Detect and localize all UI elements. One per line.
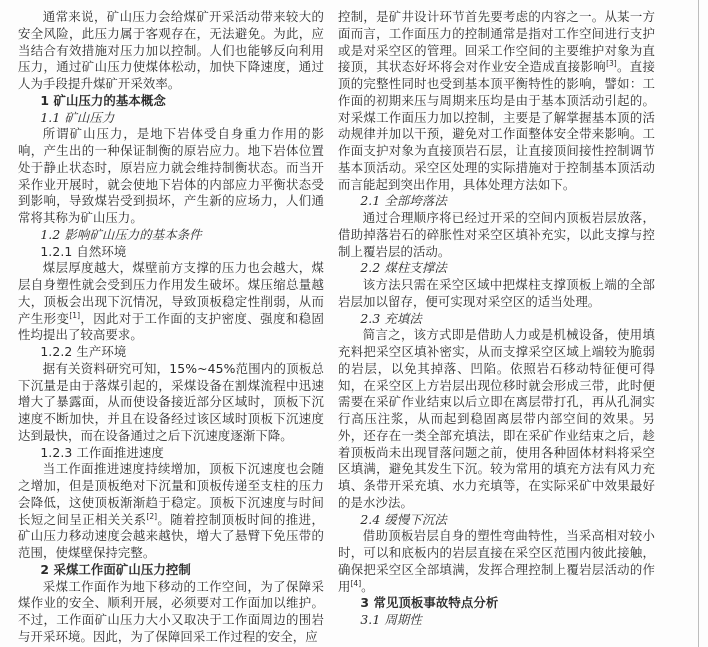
text-run: 采煤工作面作为地下移动的工作空间，为了保障采煤作业的安全、顺利开展，必须要对工作…: [18, 579, 324, 644]
paragraph: 通常来说，矿山压力会给煤矿开采活动带来较大的安全风险，此压力属于客观存在，无法避…: [18, 9, 324, 93]
section-heading: 3 常见顶板事故特点分析: [338, 595, 655, 612]
paragraph: 通过合理顺序将已经过开采的空间内顶板岩层放落，借助掉落岩石的碎胀性对采空区填补充…: [338, 210, 655, 260]
text-run: 3 常见顶板事故特点分析: [360, 595, 498, 610]
citation-reference: [2]: [146, 511, 157, 520]
citation-reference: [3]: [606, 59, 617, 68]
paragraph: 煤层厚度越大，煤壁前方支撑的压力也会越大，煤层自身塑性就会受到压力作用发生破坏。…: [18, 260, 324, 344]
paragraph: 该方法只需在采空区域中把煤柱支撑顶板上端的全部岩层加以留存，便可实现对采空区的适…: [338, 277, 655, 311]
paragraph: 控制，是矿井设计环节首先要考虑的内容之一。从某一方面而言，工作面压力的控制通常是…: [338, 9, 655, 193]
text-run: 该方法只需在采空区域中把煤柱支撑顶板上端的全部岩层加以留存，便可实现对采空区的适…: [338, 277, 655, 309]
text-run: 2.1 全部垮落法: [360, 193, 447, 208]
paragraph: 据有关资料研究可知，15%~45%范围内的顶板总下沉量是由于落煤引起的，采煤设备…: [18, 361, 324, 445]
text-run: 通常来说，矿山压力会给煤矿开采活动带来较大的安全风险，此压力属于客观存在，无法避…: [18, 9, 324, 91]
section-heading: 1 矿山压力的基本概念: [18, 93, 324, 110]
text-run: 通过合理顺序将已经过开采的空间内顶板岩层放落，借助掉落岩石的碎胀性对采空区填补充…: [338, 210, 655, 259]
paragraph: 简言之，该方式即是借助人力或是机械设备，使用填充料把采空区填补密实，从而支撑采空…: [338, 327, 655, 511]
page-edge-line: [698, 0, 699, 647]
text-run: 2.4 缓慢下沉法: [360, 512, 447, 527]
subsection-heading: 2.2 煤柱支撑法: [338, 260, 655, 277]
text-run: 。: [361, 579, 374, 594]
text-run: 1 矿山压力的基本概念: [40, 93, 166, 108]
text-run: 2.2 煤柱支撑法: [360, 260, 447, 275]
text-run: 简言之，该方式即是借助人力或是机械设备，使用填充料把采空区填补密实，从而支撑采空…: [338, 327, 655, 510]
subsubsection-heading: 1.2.2 生产环境: [18, 344, 324, 361]
section-heading: 2 采煤工作面矿山压力控制: [18, 562, 324, 579]
paragraph: 借助顶板岩层自身的塑性弯曲特性，当采高相对较小时，可以和底板内的岩层直接在采空区…: [338, 528, 655, 595]
subsubsection-heading: 1.2.3 工作面推进速度: [18, 445, 324, 462]
right-column: 控制，是矿井设计环节首先要考虑的内容之一。从某一方面而言，工作面压力的控制通常是…: [338, 9, 655, 646]
text-run: 借助顶板岩层自身的塑性弯曲特性，当采高相对较小时，可以和底板内的岩层直接在采空区…: [338, 528, 655, 593]
subsection-heading: 2.1 全部垮落法: [338, 193, 655, 210]
document-page: 通常来说，矿山压力会给煤矿开采活动带来较大的安全风险，此压力属于客观存在，无法避…: [0, 0, 708, 647]
citation-reference: [1]: [69, 310, 80, 319]
text-run: 1.2.3 工作面推进速度: [40, 445, 164, 460]
text-run: 2 采煤工作面矿山压力控制: [40, 562, 191, 577]
text-run: 1.2.1 自然环境: [40, 244, 126, 259]
subsection-heading: 1.2 影响矿山压力的基本条件: [18, 227, 324, 244]
subsection-heading: 2.3 充填法: [338, 311, 655, 328]
citation-reference: [4]: [351, 578, 362, 587]
subsubsection-heading: 1.2.1 自然环境: [18, 244, 324, 261]
text-run: 。直接顶的完整性同时也受到基本顶平衡特性的影响，譬如：工作面的初期来压与周期来压…: [338, 59, 655, 191]
paragraph: 所谓矿山压力，是地下岩体受自身重力作用的影响，产生出的一种保证制衡的原岩应力。地…: [18, 126, 324, 227]
subsection-heading: 1.1 矿山压力: [18, 110, 324, 127]
paragraph: 采煤工作面作为地下移动的工作空间，为了保障采煤作业的安全、顺利开展，必须要对工作…: [18, 579, 324, 646]
text-run: 1.1 矿山压力: [40, 110, 114, 125]
text-run: 1.2 影响矿山压力的基本条件: [40, 227, 201, 242]
text-run: 所谓矿山压力，是地下岩体受自身重力作用的影响，产生出的一种保证制衡的原岩应力。地…: [18, 126, 324, 225]
text-run: 据有关资料研究可知，15%~45%范围内的顶板总下沉量是由于落煤引起的，采煤设备…: [18, 361, 324, 443]
left-column: 通常来说，矿山压力会给煤矿开采活动带来较大的安全风险，此压力属于客观存在，无法避…: [18, 9, 324, 646]
subsection-heading: 3.1 周期性: [338, 612, 655, 629]
text-columns: 通常来说，矿山压力会给煤矿开采活动带来较大的安全风险，此压力属于客观存在，无法避…: [18, 9, 655, 646]
text-run: 2.3 充填法: [360, 311, 422, 326]
subsection-heading: 2.4 缓慢下沉法: [338, 512, 655, 529]
text-run: 1.2.2 生产环境: [40, 344, 126, 359]
text-run: 3.1 周期性: [360, 612, 422, 627]
paragraph: 当工作面推进速度持续增加，顶板下沉速度也会随之增加，但是顶板绝对下沉量和顶板传递…: [18, 461, 324, 562]
